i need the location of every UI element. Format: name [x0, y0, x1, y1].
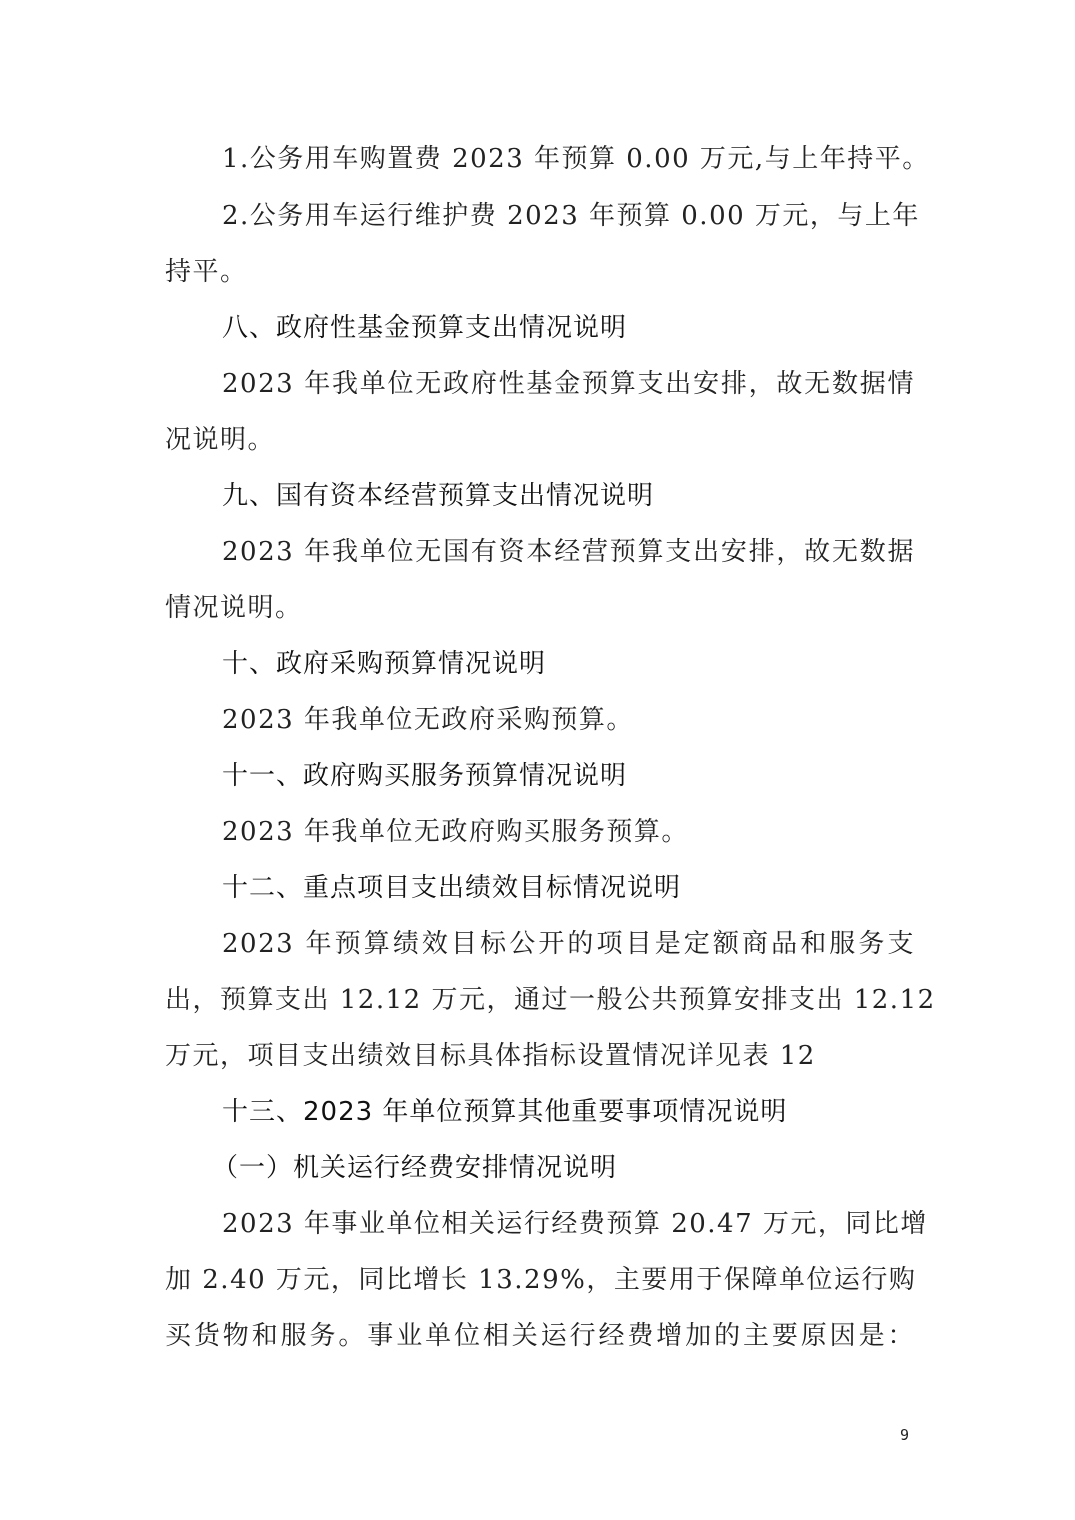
- section-12-paragraph-cont-2: 万元，项目支出绩效目标具体指标设置情况详见表 12: [165, 1036, 915, 1076]
- section-11-paragraph: 2023 年我单位无政府购买服务预算。: [222, 812, 915, 852]
- section-9-paragraph: 2023 年我单位无国有资本经营预算支出安排，故无数据: [222, 532, 915, 572]
- section-8-heading: 八、政府性基金预算支出情况说明: [222, 308, 915, 348]
- vehicle-maintenance-paragraph-cont: 持平。: [165, 252, 915, 292]
- document-page: 1.公务用车购置费 2023 年预算 0.00 万元,与上年持平。 2.公务用车…: [0, 0, 1075, 1520]
- subsection-1-heading: （一）机关运行经费安排情况说明: [212, 1148, 962, 1188]
- subsection-1-paragraph-cont-2: 买货物和服务。事业单位相关运行经费增加的主要原因是：: [165, 1316, 915, 1356]
- section-9-heading: 九、国有资本经营预算支出情况说明: [222, 476, 915, 516]
- section-12-paragraph: 2023 年预算绩效目标公开的项目是定额商品和服务支: [222, 924, 915, 964]
- vehicle-maintenance-paragraph: 2.公务用车运行维护费 2023 年预算 0.00 万元，与上年: [222, 196, 915, 236]
- section-12-paragraph-cont-1: 出，预算支出 12.12 万元，通过一般公共预算安排支出 12.12: [165, 980, 915, 1020]
- section-10-paragraph: 2023 年我单位无政府采购预算。: [222, 700, 915, 740]
- subsection-1-paragraph: 2023 年事业单位相关运行经费预算 20.47 万元，同比增: [222, 1204, 915, 1244]
- section-9-paragraph-cont: 情况说明。: [165, 588, 915, 628]
- section-11-heading: 十一、政府购买服务预算情况说明: [222, 756, 915, 796]
- section-13-heading: 十三、2023 年单位预算其他重要事项情况说明: [222, 1092, 915, 1132]
- section-10-heading: 十、政府采购预算情况说明: [222, 644, 915, 684]
- vehicle-purchase-paragraph: 1.公务用车购置费 2023 年预算 0.00 万元,与上年持平。: [222, 139, 915, 179]
- section-8-paragraph: 2023 年我单位无政府性基金预算支出安排，故无数据情: [222, 364, 915, 404]
- section-12-heading: 十二、重点项目支出绩效目标情况说明: [222, 868, 915, 908]
- section-8-paragraph-cont: 况说明。: [165, 420, 915, 460]
- page-number: 9: [900, 1426, 909, 1444]
- subsection-1-paragraph-cont-1: 加 2.40 万元，同比增长 13.29%，主要用于保障单位运行购: [165, 1260, 915, 1300]
